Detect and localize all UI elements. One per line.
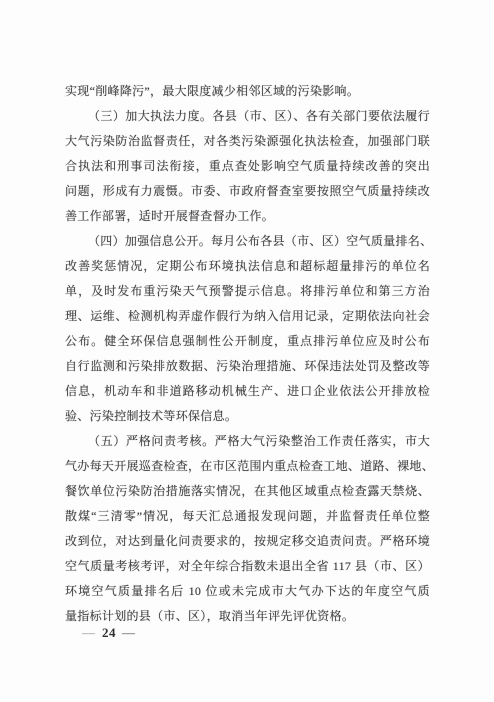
text-line: 问题，形成有力震慑。市委、市政府督查室要按照空气质量持续改 xyxy=(65,179,430,204)
page-number-left-dash: — xyxy=(82,625,96,640)
text-line: 单，及时发布重污染天气预警提示信息。将排污单位和第三方治 xyxy=(65,279,430,304)
text-block: 实现“削峰降污”，最大限度减少相邻区域的污染影响。（三）加大执法力度。各县（市、… xyxy=(65,79,430,629)
text-line: 散煤“三清零”情况，每天汇总通报发现问题，并监督责任单位整 xyxy=(65,504,430,529)
text-line: 合执法和刑事司法衔接，重点查处影响空气质量持续改善的突出 xyxy=(65,154,430,179)
text-line: （三）加大执法力度。各县（市、区）、各有关部门要依法履行 xyxy=(65,104,430,129)
text-line: 改到位，对达到量化问责要求的，按规定移交追责问责。严格环境 xyxy=(65,529,430,554)
text-line: 气办每天开展巡查检查，在市区范围内重点检查工地、道路、裸地、 xyxy=(65,454,430,479)
text-line: 餐饮单位污染防治措施落实情况，在其他区域重点检查露天禁烧、 xyxy=(65,479,430,504)
text-line: 空气质量考核考评，对全年综合指数未退出全省 117 县（市、区） xyxy=(65,554,430,579)
text-line: 实现“削峰降污”，最大限度减少相邻区域的污染影响。 xyxy=(65,79,430,104)
text-line: 信息，机动车和非道路移动机械生产、进口企业依法公开排放检 xyxy=(65,379,430,404)
page-number: —24— xyxy=(82,620,136,645)
document-page: 实现“削峰降污”，最大限度减少相邻区域的污染影响。（三）加大执法力度。各县（市、… xyxy=(0,0,494,702)
text-line: 公布。健全环保信息强制性公开制度，重点排污单位应及时公布 xyxy=(65,329,430,354)
text-line: 理、运维、检测机构弄虚作假行为纳入信用记录，定期依法向社会 xyxy=(65,304,430,329)
text-line: （四）加强信息公开。每月公布各县（市、区）空气质量排名、 xyxy=(65,229,430,254)
text-line: 自行监测和污染排放数据、污染治理措施、环保违法处罚及整改等 xyxy=(65,354,430,379)
text-line: （五）严格问责考核。严格大气污染整治工作责任落实，市大 xyxy=(65,429,430,454)
page-number-value: 24 xyxy=(102,625,116,640)
text-line: 大气污染防治监督责任，对各类污染源强化执法检查，加强部门联 xyxy=(65,129,430,154)
page-number-right-dash: — xyxy=(122,625,136,640)
text-line: 环境空气质量排名后 10 位或未完成市大气办下达的年度空气质 xyxy=(65,579,430,604)
text-line: 改善奖惩情况，定期公布环境执法信息和超标超量排污的单位名 xyxy=(65,254,430,279)
text-line: 验、污染控制技术等环保信息。 xyxy=(65,404,430,429)
text-line: 善工作部署，适时开展督查督办工作。 xyxy=(65,204,430,229)
